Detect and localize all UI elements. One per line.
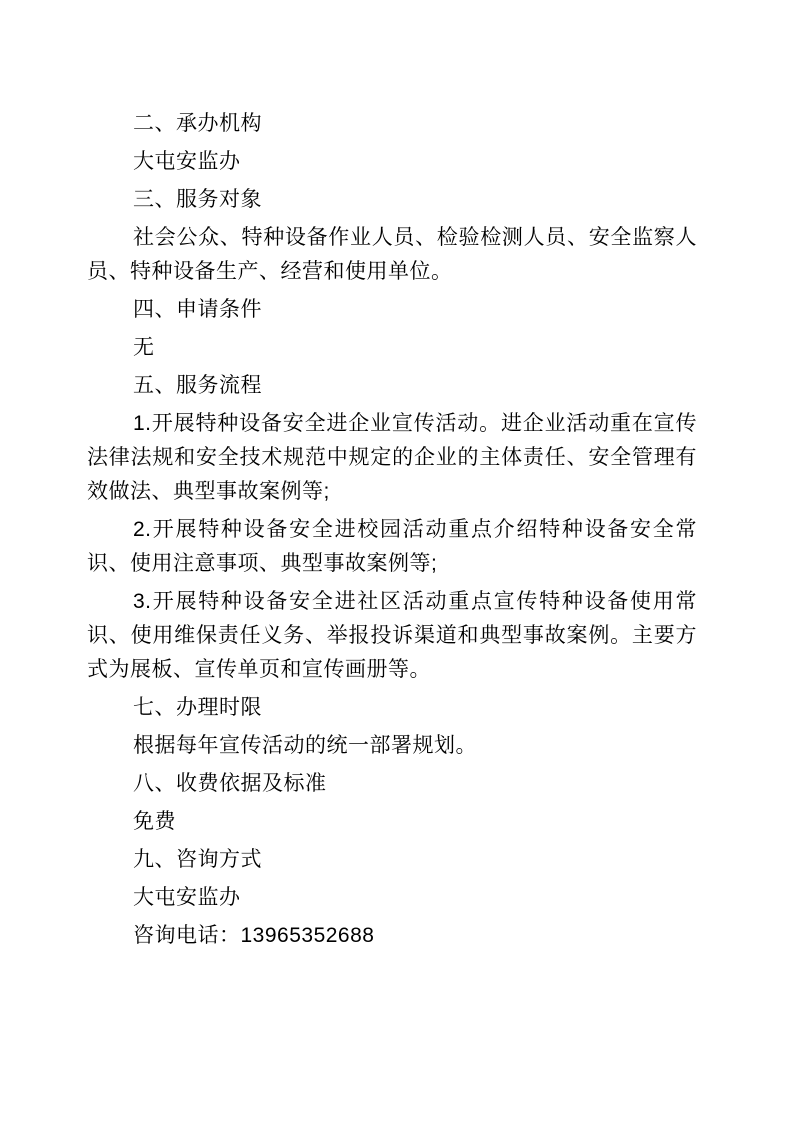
section-heading: 三、服务对象	[87, 183, 697, 217]
section-heading: 八、收费依据及标准	[87, 767, 697, 801]
document-page: 二、承办机构大屯安监办三、服务对象社会公众、特种设备作业人员、检验检测人员、安全…	[0, 0, 793, 1122]
section-heading: 五、服务流程	[87, 369, 697, 403]
section-heading: 七、办理时限	[87, 691, 697, 725]
body-paragraph: 根据每年宣传活动的统一部署规划。	[87, 729, 697, 763]
body-paragraph: 咨询电话：13965352688	[87, 919, 697, 953]
body-paragraph: 大屯安监办	[87, 881, 697, 915]
body-paragraph: 大屯安监办	[87, 145, 697, 179]
section-heading: 四、申请条件	[87, 293, 697, 327]
body-paragraph: 社会公众、特种设备作业人员、检验检测人员、安全监察人员、特种设备生产、经营和使用…	[87, 221, 697, 289]
section-heading: 九、咨询方式	[87, 843, 697, 877]
body-paragraph: 2.开展特种设备安全进校园活动重点介绍特种设备安全常识、使用注意事项、典型事故案…	[87, 513, 697, 581]
body-paragraph: 无	[87, 331, 697, 365]
document-body: 二、承办机构大屯安监办三、服务对象社会公众、特种设备作业人员、检验检测人员、安全…	[87, 107, 697, 957]
section-heading: 二、承办机构	[87, 107, 697, 141]
body-paragraph: 1.开展特种设备安全进企业宣传活动。进企业活动重在宣传法律法规和安全技术规范中规…	[87, 407, 697, 509]
body-paragraph: 免费	[87, 805, 697, 839]
body-paragraph: 3.开展特种设备安全进社区活动重点宣传特种设备使用常识、使用维保责任义务、举报投…	[87, 585, 697, 687]
